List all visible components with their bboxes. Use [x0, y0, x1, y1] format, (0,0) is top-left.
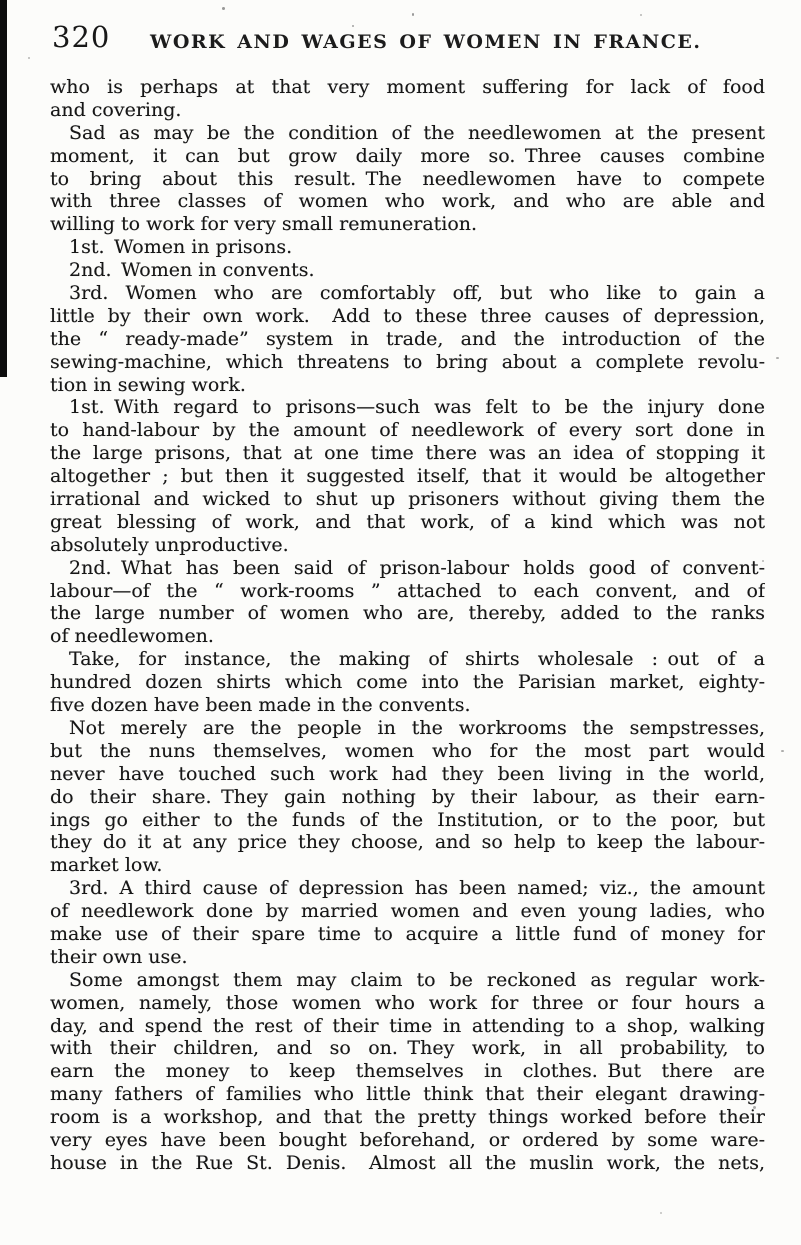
text-block: who is perhaps at that very moment suffe… [50, 76, 765, 1175]
text-line: 1st. With regard to prisons—such was fel… [50, 396, 765, 419]
scan-speck [222, 7, 225, 10]
text-line: Not merely are the people in the workroo… [50, 717, 765, 740]
text-line: ings go either to the funds of the Insti… [50, 809, 765, 832]
text-line: make use of their spare time to acquire … [50, 923, 765, 946]
text-line: to hand-labour by the amount of needlewo… [50, 419, 765, 442]
paragraph: 2nd. What has been said of prison-labour… [50, 557, 765, 649]
text-line: market low. [50, 854, 765, 877]
scan-speck [412, 13, 414, 16]
text-line: do their share. They gain nothing by the… [50, 786, 765, 809]
text-line: 2nd. What has been said of prison-labour… [50, 557, 765, 580]
text-line: tion in sewing work. [50, 374, 765, 397]
scan-speck [352, 25, 354, 27]
text-line: 2nd. Women in convents. [50, 259, 765, 282]
text-line: never have touched such work had they be… [50, 763, 765, 786]
text-line: they do it at any price they choose, and… [50, 831, 765, 854]
paragraph: Some amongst them may claim to be reckon… [50, 969, 765, 1175]
book-page: 320 WORK AND WAGES OF WOMEN IN FRANCE. w… [0, 0, 801, 1245]
scan-speck [28, 57, 30, 59]
text-line: hundred dozen shirts which come into the… [50, 671, 765, 694]
text-line: 3rd. Women who are comfortably off, but … [50, 282, 765, 305]
paragraph: Take, for instance, the making of shirts… [50, 648, 765, 717]
text-line: and covering. [50, 99, 765, 122]
paragraph: 1st. Women in prisons. [50, 236, 765, 259]
running-title: WORK AND WAGES OF WOMEN IN FRANCE. [150, 30, 701, 54]
text-line: but the nuns themselves, women who for t… [50, 740, 765, 763]
scan-speck [762, 560, 764, 562]
page-number: 320 [52, 22, 110, 52]
text-line: with their children, and so on. They wor… [50, 1037, 765, 1060]
scan-edge-strip-thick [0, 0, 7, 377]
text-line: of needlewomen. [50, 625, 765, 648]
paragraph: 2nd. Women in convents. [50, 259, 765, 282]
paragraph: who is perhaps at that very moment suffe… [50, 76, 765, 122]
text-line: very eyes have been bought beforehand, o… [50, 1129, 765, 1152]
text-line: five dozen have been made in the convent… [50, 694, 765, 717]
text-line: 1st. Women in prisons. [50, 236, 765, 259]
text-line: their own use. [50, 946, 765, 969]
text-line: room is a workshop, and that the pretty … [50, 1106, 765, 1129]
text-line: the large number of women who are, there… [50, 602, 765, 625]
text-line: many fathers of families who little thin… [50, 1083, 765, 1106]
text-line: house in the Rue St. Denis. Almost all t… [50, 1152, 765, 1175]
text-line: sewing-machine, which threatens to bring… [50, 351, 765, 374]
scan-speck [781, 750, 784, 752]
paragraph: 3rd. A third cause of depression has bee… [50, 877, 765, 969]
text-line: little by their own work. Add to these t… [50, 305, 765, 328]
text-line: the large prisons, that at one time ther… [50, 442, 765, 465]
text-line: altogether ; but then it suggested itsel… [50, 465, 765, 488]
text-line: of needlework done by married women and … [50, 900, 765, 923]
text-line: 3rd. A third cause of depression has bee… [50, 877, 765, 900]
text-line: the “ ready-made” system in trade, and t… [50, 328, 765, 351]
text-line: with three classes of women who work, an… [50, 190, 765, 213]
text-line: earn the money to keep themselves in clo… [50, 1060, 765, 1083]
text-line: to bring about this result. The needlewo… [50, 168, 765, 191]
paragraph: Sad as may be the condition of the needl… [50, 122, 765, 236]
text-line: willing to work for very small remunerat… [50, 213, 765, 236]
scan-speck [753, 1106, 756, 1109]
scan-speck [660, 1212, 662, 1214]
text-line: great blessing of work, and that work, o… [50, 511, 765, 534]
text-line: who is perhaps at that very moment suffe… [50, 76, 765, 99]
text-line: absolutely unproductive. [50, 534, 765, 557]
text-line: Some amongst them may claim to be reckon… [50, 969, 765, 992]
scan-speck [640, 14, 642, 16]
paragraph: 1st. With regard to prisons—such was fel… [50, 396, 765, 556]
text-line: women, namely, those women who work for … [50, 992, 765, 1015]
text-line: Sad as may be the condition of the needl… [50, 122, 765, 145]
scan-speck [776, 357, 779, 359]
text-line: Take, for instance, the making of shirts… [50, 648, 765, 671]
paragraph: Not merely are the people in the workroo… [50, 717, 765, 877]
text-line: labour—of the “ work-rooms ” attached to… [50, 580, 765, 603]
paragraph: 3rd. Women who are comfortably off, but … [50, 282, 765, 396]
text-line: irrational and wicked to shut up prisone… [50, 488, 765, 511]
text-line: day, and spend the rest of their time in… [50, 1015, 765, 1038]
text-line: moment, it can but grow daily more so. T… [50, 145, 765, 168]
